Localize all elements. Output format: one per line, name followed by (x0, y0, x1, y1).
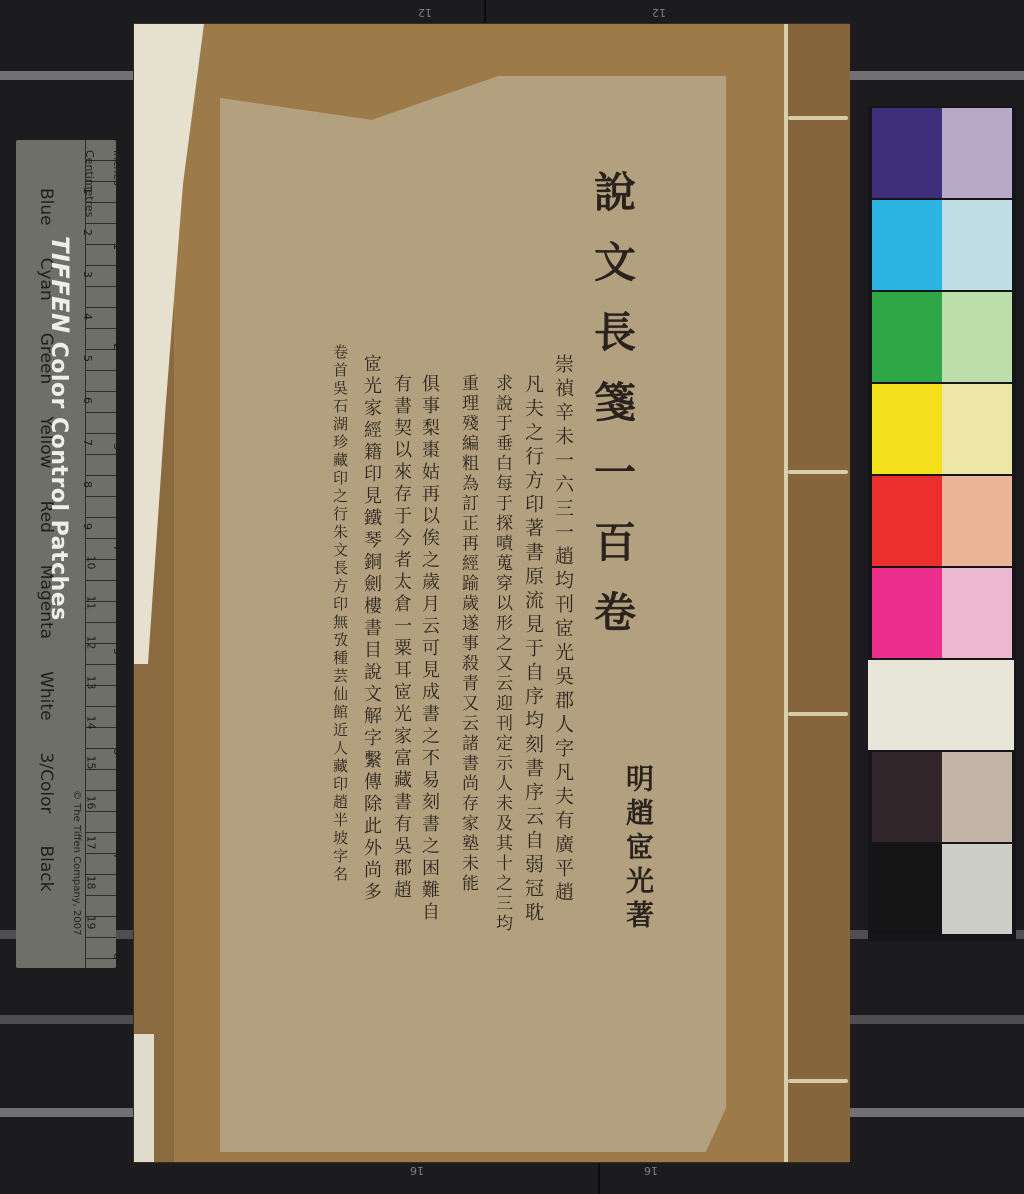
cm-tick-label: 10 (85, 556, 98, 570)
book-title: 說文長箋一百卷 (582, 170, 642, 660)
background-scale-number: 12 (418, 6, 432, 19)
ruler-label-white: White (36, 671, 56, 720)
note-column-4: 重理殘編粗為訂正再經踰歲遂事殺青又云諸書尚存家塾未能 (456, 374, 481, 894)
background-scale-number: 16 (410, 1164, 424, 1177)
color-patch-yellow-left (872, 384, 942, 474)
tiffen-logo: TIFFEN (46, 236, 74, 334)
color-patch-blue-left (872, 108, 942, 198)
inch-tick-label: 3 (111, 443, 124, 450)
title-label: 說文長箋一百卷 明趙宧光著 崇禎辛未一六三一趙均刊宧光吳郡人字凡夫有廣平趙 凡夫… (220, 88, 726, 1148)
inch-tick-label: 1 (111, 243, 124, 250)
background-divider (484, 0, 486, 24)
color-patch-3-color-right (942, 752, 1012, 842)
color-patch-blue-right (942, 108, 1012, 198)
binding-stitch (788, 1079, 848, 1083)
note-column-5: 俱事梨棗姑再以俟之歲月云可見成書之不易刻書之困難自 (416, 374, 442, 924)
cm-tick-label: 16 (85, 796, 98, 810)
book-cover: 說文長箋一百卷 明趙宧光著 崇禎辛未一六三一趙均刊宧光吳郡人字凡夫有廣平趙 凡夫… (134, 24, 848, 1162)
inch-tick-label: 8 (111, 953, 124, 960)
note-column-7: 宧光家經籍印見鐵琴銅劍樓書目說文解字繫傳除此外尚多 (358, 354, 384, 904)
ruler-label-3color: 3/Color (36, 753, 56, 814)
binding-thread (784, 24, 788, 1162)
color-patch-strip (868, 106, 1016, 942)
background-scale-number: 16 (644, 1164, 658, 1177)
book-author: 明趙宧光著 (618, 764, 658, 934)
cm-tick-label: 5 (81, 355, 94, 362)
color-patch-black-right (942, 844, 1012, 934)
background-divider (598, 1162, 600, 1194)
book-spine (784, 24, 850, 1162)
cm-tick-label: 7 (81, 439, 94, 446)
color-patch-white (868, 660, 1014, 750)
ruler-label-black: Black (36, 845, 56, 891)
inch-tick-label: 5 (111, 648, 124, 655)
ruler-units-cm: Centimetres (83, 150, 96, 217)
note-column-8: 卷首吳石湖珍藏印之行朱文長方印無攷種芸仙館近人藏印趙半坡字名 (330, 344, 351, 884)
cm-tick-label: 9 (81, 523, 94, 530)
binding-stitch (788, 470, 848, 474)
cm-tick-label: 1 (81, 187, 94, 194)
cm-tick-label: 12 (85, 636, 98, 650)
inch-tick-label: 7 (111, 853, 124, 860)
cm-tick-label: 19 (85, 916, 98, 930)
color-patch-3-color-left (872, 752, 942, 842)
inch-tick-label: 6 (111, 748, 124, 755)
color-patch-yellow-right (942, 384, 1012, 474)
cm-tick-label: 4 (81, 313, 94, 320)
ruler-title: Color Control Patches (46, 342, 71, 621)
cm-tick-label: 3 (81, 271, 94, 278)
cm-tick-label: 18 (85, 876, 98, 890)
background-scale-number: 12 (652, 6, 666, 19)
color-patch-green-left (872, 292, 942, 382)
color-patch-magenta-right (942, 568, 1012, 658)
ruler-brand: TIFFENColor Control Patches (46, 236, 74, 621)
ruler-copyright: © The Tiffen Company, 2007 (71, 790, 82, 935)
color-patch-red-right (942, 476, 1012, 566)
ruler-units-inches: Inches (111, 150, 124, 186)
cm-tick-label: 2 (81, 229, 94, 236)
color-patch-red-left (872, 476, 942, 566)
color-patch-cyan-left (872, 200, 942, 290)
note-column-2: 凡夫之行方印著書原流見于自序均刻書序云自弱冠耽 (520, 374, 547, 926)
cm-tick-label: 13 (85, 676, 98, 690)
color-control-ruler: BlueCyanGreenYellowRedMagentaWhite3/Colo… (16, 140, 116, 968)
color-patch-black-left (872, 844, 942, 934)
cm-tick-label: 6 (81, 397, 94, 404)
note-column-6: 有書契以來存于今者太倉一粟耳宧光家富藏書有吳郡趙 (388, 374, 414, 902)
color-patch-green-right (942, 292, 1012, 382)
cm-tick-label: 11 (85, 596, 98, 610)
note-column-3: 求說于垂白每于探嘖蒐穿以形之又云迎刊定示人未及其十之三均 (490, 374, 515, 934)
page-edge (134, 1034, 154, 1162)
inch-tick-label: 2 (111, 343, 124, 350)
cm-tick-label: 8 (81, 481, 94, 488)
inch-tick-label: 4 (111, 543, 124, 550)
cm-tick-label: 14 (85, 716, 98, 730)
binding-stitch (788, 712, 848, 716)
cm-tick-label: 17 (85, 836, 98, 850)
ruler-label-blue: Blue (36, 188, 56, 226)
note-column-1: 崇禎辛未一六三一趙均刊宧光吳郡人字凡夫有廣平趙 (550, 354, 577, 906)
binding-stitch (788, 116, 848, 120)
color-patch-cyan-right (942, 200, 1012, 290)
color-patch-magenta-left (872, 568, 942, 658)
cm-tick-label: 15 (85, 756, 98, 770)
